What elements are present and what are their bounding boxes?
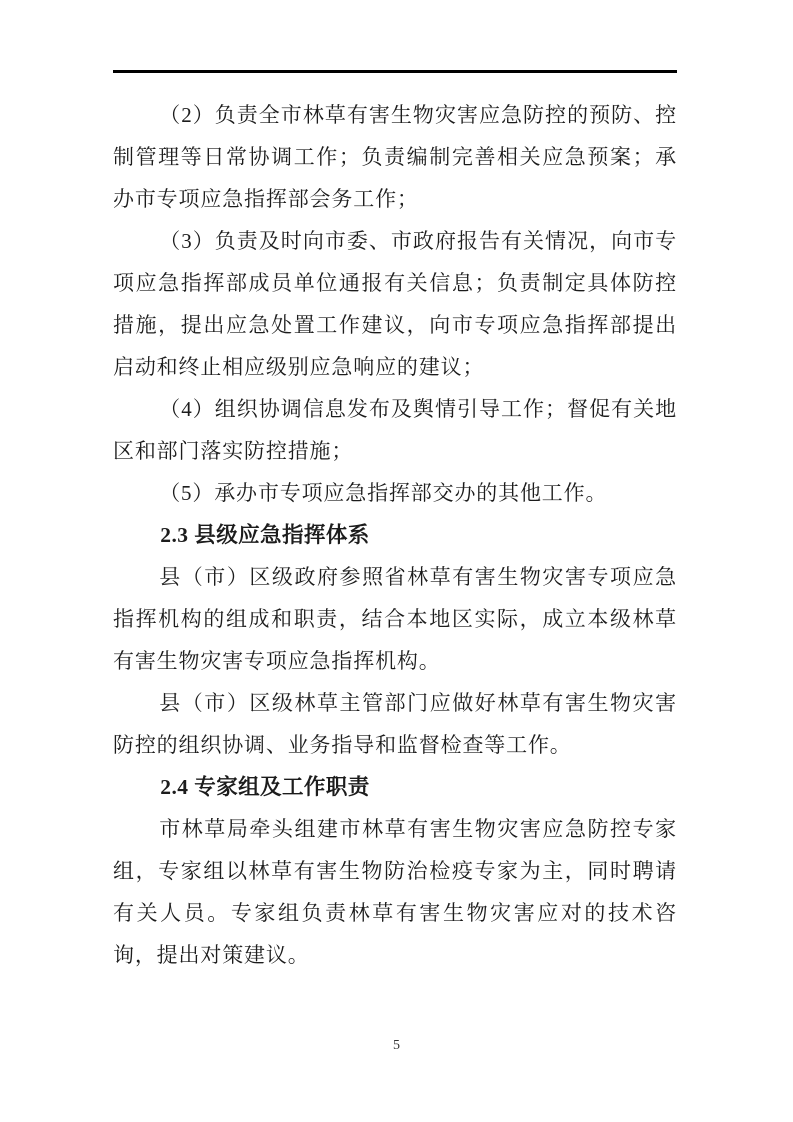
paragraph-expert-group: 市林草局牵头组建市林草有害生物灾害应急防控专家组，专家组以林草有害生物防治检疫专… [113, 808, 677, 976]
header-rule-divider [113, 70, 677, 73]
section-heading-2-4: 2.4 专家组及工作职责 [113, 766, 677, 808]
document-page: （2）负责全市林草有害生物灾害应急防控的预防、控制管理等日常协调工作；负责编制完… [0, 0, 793, 1122]
paragraph-duty-3: （3）负责及时向市委、市政府报告有关情况，向市专项应急指挥部成员单位通报有关信息… [113, 220, 677, 388]
paragraph-duty-4: （4）组织协调信息发布及舆情引导工作；督促有关地区和部门落实防控措施； [113, 388, 677, 472]
paragraph-duty-5: （5）承办市专项应急指挥部交办的其他工作。 [113, 472, 677, 514]
section-heading-2-3: 2.3 县级应急指挥体系 [113, 514, 677, 556]
paragraph-duty-2: （2）负责全市林草有害生物灾害应急防控的预防、控制管理等日常协调工作；负责编制完… [113, 94, 677, 220]
page-footer: 5 [0, 1036, 793, 1054]
page-number: 5 [393, 1038, 400, 1053]
paragraph-county-dept: 县（市）区级林草主管部门应做好林草有害生物灾害防控的组织协调、业务指导和监督检查… [113, 682, 677, 766]
document-body: （2）负责全市林草有害生物灾害应急防控的预防、控制管理等日常协调工作；负责编制完… [113, 94, 677, 976]
paragraph-county-gov: 县（市）区级政府参照省林草有害生物灾害专项应急指挥机构的组成和职责，结合本地区实… [113, 556, 677, 682]
